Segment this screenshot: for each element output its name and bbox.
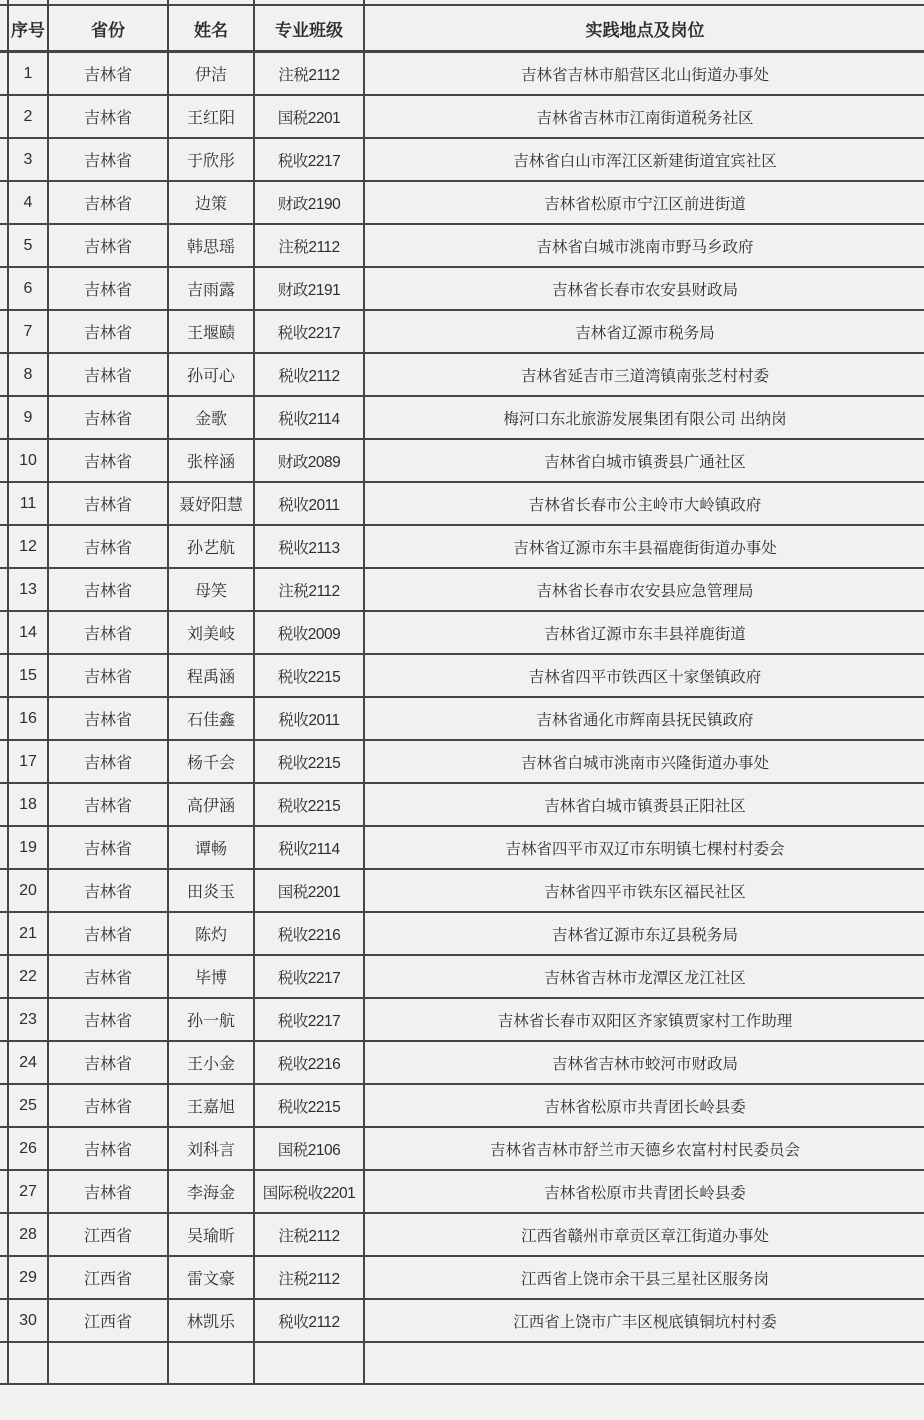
cell-index: 9 — [8, 396, 48, 439]
cell-index: 14 — [8, 611, 48, 654]
table-row: 3吉林省于欣彤税收2217吉林省白山市浑江区新建街道宜宾社区 — [0, 138, 924, 181]
cell-class: 税收2217 — [254, 955, 364, 998]
cell-name: 李海金 — [168, 1170, 254, 1213]
cell-class: 税收2217 — [254, 998, 364, 1041]
table-row: 13吉林省母笑注税2112吉林省长春市农安县应急管理局 — [0, 568, 924, 611]
cell-location: 吉林省白城市镇赉县广通社区 — [364, 439, 924, 482]
cell-index: 26 — [8, 1127, 48, 1170]
cell-province: 吉林省 — [48, 310, 168, 353]
cell-index: 3 — [8, 138, 48, 181]
cut-sliver-cell — [0, 654, 8, 697]
cell-province: 吉林省 — [48, 912, 168, 955]
cell-index: 12 — [8, 525, 48, 568]
cell-class: 税收2112 — [254, 1299, 364, 1342]
cell-location: 江西省赣州市章贡区章江街道办事处 — [364, 1213, 924, 1256]
table-row: 22吉林省毕博税收2217吉林省吉林市龙潭区龙江社区 — [0, 955, 924, 998]
cell-location: 吉林省吉林市船营区北山街道办事处 — [364, 52, 924, 96]
cut-sliver-cell — [0, 310, 8, 353]
table-row: 14吉林省刘美岐税收2009吉林省辽源市东丰县祥鹿街道 — [0, 611, 924, 654]
practice-roster-table: 序号 省份 姓名 专业班级 实践地点及岗位 1吉林省伊洁注税2112吉林省吉林市… — [0, 0, 924, 1385]
cut-sliver-cell — [0, 1213, 8, 1256]
empty-cell — [0, 1342, 8, 1384]
cut-sliver-cell — [0, 396, 8, 439]
table-row: 18吉林省高伊涵税收2215吉林省白城市镇赉县正阳社区 — [0, 783, 924, 826]
cell-class: 税收2217 — [254, 310, 364, 353]
cell-location: 吉林省长春市农安县应急管理局 — [364, 568, 924, 611]
cell-index: 11 — [8, 482, 48, 525]
header-cut-sliver — [0, 5, 8, 52]
cell-location: 吉林省辽源市东丰县福鹿街街道办事处 — [364, 525, 924, 568]
cell-class: 财政2190 — [254, 181, 364, 224]
cell-name: 谭畅 — [168, 826, 254, 869]
table-row: 24吉林省王小金税收2216吉林省吉林市蛟河市财政局 — [0, 1041, 924, 1084]
header-name: 姓名 — [168, 5, 254, 52]
cell-location: 江西省上饶市广丰区枧底镇铜坑村村委 — [364, 1299, 924, 1342]
cell-province: 吉林省 — [48, 869, 168, 912]
table-row: 15吉林省程禹涵税收2215吉林省四平市铁西区十家堡镇政府 — [0, 654, 924, 697]
cut-sliver-cell — [0, 740, 8, 783]
cell-location: 吉林省白城市洮南市兴隆街道办事处 — [364, 740, 924, 783]
cell-class: 税收2011 — [254, 697, 364, 740]
header-class: 专业班级 — [254, 5, 364, 52]
table-row: 23吉林省孙一航税收2217吉林省长春市双阳区齐家镇贾家村工作助理 — [0, 998, 924, 1041]
cell-location: 吉林省吉林市蛟河市财政局 — [364, 1041, 924, 1084]
cell-name: 韩思瑶 — [168, 224, 254, 267]
table-header-row: 序号 省份 姓名 专业班级 实践地点及岗位 — [0, 5, 924, 52]
cell-class: 注税2112 — [254, 52, 364, 96]
cut-sliver-cell — [0, 869, 8, 912]
cell-location: 梅河口东北旅游发展集团有限公司 出纳岗 — [364, 396, 924, 439]
cell-location: 吉林省松原市共青团长岭县委 — [364, 1084, 924, 1127]
cell-name: 金歌 — [168, 396, 254, 439]
cell-name: 王红阳 — [168, 95, 254, 138]
cut-sliver-cell — [0, 1256, 8, 1299]
header-province: 省份 — [48, 5, 168, 52]
cell-index: 7 — [8, 310, 48, 353]
cell-province: 吉林省 — [48, 1084, 168, 1127]
cell-province: 吉林省 — [48, 396, 168, 439]
cell-name: 毕博 — [168, 955, 254, 998]
cell-name: 刘科言 — [168, 1127, 254, 1170]
cell-index: 28 — [8, 1213, 48, 1256]
cell-location: 吉林省吉林市江南街道税务社区 — [364, 95, 924, 138]
cell-province: 吉林省 — [48, 267, 168, 310]
cut-sliver-cell — [0, 52, 8, 96]
cell-name: 高伊涵 — [168, 783, 254, 826]
cell-location: 吉林省长春市双阳区齐家镇贾家村工作助理 — [364, 998, 924, 1041]
cell-index: 13 — [8, 568, 48, 611]
cell-province: 吉林省 — [48, 955, 168, 998]
empty-cell — [48, 1342, 168, 1384]
cell-class: 税收2215 — [254, 783, 364, 826]
cell-index: 16 — [8, 697, 48, 740]
cell-name: 边策 — [168, 181, 254, 224]
cut-sliver-cell — [0, 955, 8, 998]
table-row: 1吉林省伊洁注税2112吉林省吉林市船营区北山街道办事处 — [0, 52, 924, 96]
cell-province: 吉林省 — [48, 181, 168, 224]
table-row: 11吉林省聂妤阳慧税收2011吉林省长春市公主岭市大岭镇政府 — [0, 482, 924, 525]
cell-location: 吉林省四平市铁东区福民社区 — [364, 869, 924, 912]
cell-index: 27 — [8, 1170, 48, 1213]
cell-location: 江西省上饶市余干县三星社区服务岗 — [364, 1256, 924, 1299]
cell-province: 吉林省 — [48, 654, 168, 697]
cut-sliver-cell — [0, 1084, 8, 1127]
cell-province: 江西省 — [48, 1256, 168, 1299]
cell-class: 税收2114 — [254, 826, 364, 869]
cell-index: 19 — [8, 826, 48, 869]
cut-sliver-cell — [0, 525, 8, 568]
table-row: 21吉林省陈灼税收2216吉林省辽源市东辽县税务局 — [0, 912, 924, 955]
cell-location: 吉林省吉林市龙潭区龙江社区 — [364, 955, 924, 998]
table-body: 1吉林省伊洁注税2112吉林省吉林市船营区北山街道办事处2吉林省王红阳国税220… — [0, 52, 924, 1385]
cell-name: 田炎玉 — [168, 869, 254, 912]
cell-province: 吉林省 — [48, 1127, 168, 1170]
cell-province: 吉林省 — [48, 783, 168, 826]
cell-name: 母笑 — [168, 568, 254, 611]
cell-class: 注税2112 — [254, 1256, 364, 1299]
cell-class: 税收2112 — [254, 353, 364, 396]
table-row: 6吉林省吉雨露财政2191吉林省长春市农安县财政局 — [0, 267, 924, 310]
cut-sliver-cell — [0, 783, 8, 826]
header-location: 实践地点及岗位 — [364, 5, 924, 52]
cell-province: 吉林省 — [48, 353, 168, 396]
cell-name: 杨千会 — [168, 740, 254, 783]
cell-province: 吉林省 — [48, 611, 168, 654]
cell-class: 注税2112 — [254, 1213, 364, 1256]
table-row: 25吉林省王嘉旭税收2215吉林省松原市共青团长岭县委 — [0, 1084, 924, 1127]
cell-class: 税收2215 — [254, 740, 364, 783]
cell-class: 注税2112 — [254, 224, 364, 267]
cut-sliver-cell — [0, 439, 8, 482]
cut-sliver-cell — [0, 224, 8, 267]
cell-location: 吉林省长春市农安县财政局 — [364, 267, 924, 310]
cell-location: 吉林省白城市镇赉县正阳社区 — [364, 783, 924, 826]
cell-index: 8 — [8, 353, 48, 396]
table-row: 26吉林省刘科言国税2106吉林省吉林市舒兰市天德乡农富村村民委员会 — [0, 1127, 924, 1170]
cell-name: 孙一航 — [168, 998, 254, 1041]
cell-index: 23 — [8, 998, 48, 1041]
cell-class: 税收2216 — [254, 912, 364, 955]
cut-sliver-cell — [0, 95, 8, 138]
cell-class: 财政2191 — [254, 267, 364, 310]
cell-province: 江西省 — [48, 1299, 168, 1342]
cell-province: 吉林省 — [48, 1041, 168, 1084]
cell-name: 石佳鑫 — [168, 697, 254, 740]
table-row: 28江西省吴瑜昕注税2112江西省赣州市章贡区章江街道办事处 — [0, 1213, 924, 1256]
cell-province: 吉林省 — [48, 224, 168, 267]
cell-index: 21 — [8, 912, 48, 955]
cell-class: 税收2215 — [254, 1084, 364, 1127]
cell-class: 税收2217 — [254, 138, 364, 181]
cell-class: 国税2201 — [254, 869, 364, 912]
cell-name: 张梓涵 — [168, 439, 254, 482]
cut-sliver-cell — [0, 1127, 8, 1170]
table-row: 19吉林省谭畅税收2114吉林省四平市双辽市东明镇七棵村村委会 — [0, 826, 924, 869]
cell-province: 吉林省 — [48, 568, 168, 611]
cell-class: 国税2201 — [254, 95, 364, 138]
table-row: 20吉林省田炎玉国税2201吉林省四平市铁东区福民社区 — [0, 869, 924, 912]
cell-name: 程禹涵 — [168, 654, 254, 697]
cut-sliver-cell — [0, 611, 8, 654]
cell-index: 4 — [8, 181, 48, 224]
cell-index: 29 — [8, 1256, 48, 1299]
cell-index: 1 — [8, 52, 48, 96]
cell-location: 吉林省通化市辉南县抚民镇政府 — [364, 697, 924, 740]
table-row: 9吉林省金歌税收2114梅河口东北旅游发展集团有限公司 出纳岗 — [0, 396, 924, 439]
cell-class: 税收2009 — [254, 611, 364, 654]
cell-index: 17 — [8, 740, 48, 783]
cell-index: 22 — [8, 955, 48, 998]
cell-location: 吉林省长春市公主岭市大岭镇政府 — [364, 482, 924, 525]
cell-location: 吉林省四平市铁西区十家堡镇政府 — [364, 654, 924, 697]
cell-name: 伊洁 — [168, 52, 254, 96]
cell-province: 吉林省 — [48, 138, 168, 181]
cell-name: 王堰赜 — [168, 310, 254, 353]
cell-class: 财政2089 — [254, 439, 364, 482]
cell-province: 吉林省 — [48, 1170, 168, 1213]
cut-sliver-cell — [0, 1041, 8, 1084]
cut-sliver-cell — [0, 998, 8, 1041]
cell-province: 江西省 — [48, 1213, 168, 1256]
cut-sliver-cell — [0, 912, 8, 955]
cell-location: 吉林省吉林市舒兰市天德乡农富村村民委员会 — [364, 1127, 924, 1170]
cell-province: 吉林省 — [48, 998, 168, 1041]
cell-name: 林凯乐 — [168, 1299, 254, 1342]
cell-location: 吉林省辽源市东丰县祥鹿街道 — [364, 611, 924, 654]
cell-class: 税收2113 — [254, 525, 364, 568]
cell-location: 吉林省松原市共青团长岭县委 — [364, 1170, 924, 1213]
cell-name: 刘美岐 — [168, 611, 254, 654]
cell-province: 吉林省 — [48, 525, 168, 568]
cell-index: 10 — [8, 439, 48, 482]
cell-name: 陈灼 — [168, 912, 254, 955]
cell-class: 税收2114 — [254, 396, 364, 439]
partial-row-bottom — [0, 1342, 924, 1384]
cut-sliver-cell — [0, 353, 8, 396]
cut-sliver-cell — [0, 697, 8, 740]
table-row: 4吉林省边策财政2190吉林省松原市宁江区前进街道 — [0, 181, 924, 224]
cut-sliver-cell — [0, 181, 8, 224]
cut-sliver-cell — [0, 826, 8, 869]
header-index: 序号 — [8, 5, 48, 52]
cut-sliver-cell — [0, 1170, 8, 1213]
cell-index: 20 — [8, 869, 48, 912]
cut-sliver-cell — [0, 138, 8, 181]
document-page: 序号 省份 姓名 专业班级 实践地点及岗位 1吉林省伊洁注税2112吉林省吉林市… — [0, 0, 924, 1420]
cell-name: 孙艺航 — [168, 525, 254, 568]
cell-province: 吉林省 — [48, 826, 168, 869]
cell-province: 吉林省 — [48, 52, 168, 96]
cell-location: 吉林省四平市双辽市东明镇七棵村村委会 — [364, 826, 924, 869]
cell-name: 孙可心 — [168, 353, 254, 396]
cell-index: 25 — [8, 1084, 48, 1127]
empty-cell — [168, 1342, 254, 1384]
cell-name: 聂妤阳慧 — [168, 482, 254, 525]
table-row: 10吉林省张梓涵财政2089吉林省白城市镇赉县广通社区 — [0, 439, 924, 482]
cell-location: 吉林省辽源市东辽县税务局 — [364, 912, 924, 955]
cell-index: 6 — [8, 267, 48, 310]
table-row: 30江西省林凯乐税收2112江西省上饶市广丰区枧底镇铜坑村村委 — [0, 1299, 924, 1342]
cell-index: 2 — [8, 95, 48, 138]
cell-class: 税收2011 — [254, 482, 364, 525]
table-row: 7吉林省王堰赜税收2217吉林省辽源市税务局 — [0, 310, 924, 353]
cell-index: 24 — [8, 1041, 48, 1084]
table-row: 17吉林省杨千会税收2215吉林省白城市洮南市兴隆街道办事处 — [0, 740, 924, 783]
cut-sliver-cell — [0, 1299, 8, 1342]
cell-location: 吉林省白山市浑江区新建街道宜宾社区 — [364, 138, 924, 181]
cell-name: 王嘉旭 — [168, 1084, 254, 1127]
cell-location: 吉林省辽源市税务局 — [364, 310, 924, 353]
cell-name: 王小金 — [168, 1041, 254, 1084]
cell-name: 雷文豪 — [168, 1256, 254, 1299]
cell-class: 国际税收2201 — [254, 1170, 364, 1213]
cell-province: 吉林省 — [48, 482, 168, 525]
table-row: 16吉林省石佳鑫税收2011吉林省通化市辉南县抚民镇政府 — [0, 697, 924, 740]
cell-index: 18 — [8, 783, 48, 826]
cell-class: 国税2106 — [254, 1127, 364, 1170]
cell-name: 于欣彤 — [168, 138, 254, 181]
table-row: 27吉林省李海金国际税收2201吉林省松原市共青团长岭县委 — [0, 1170, 924, 1213]
cell-index: 15 — [8, 654, 48, 697]
cut-sliver-cell — [0, 482, 8, 525]
cell-location: 吉林省白城市洮南市野马乡政府 — [364, 224, 924, 267]
cell-name: 吴瑜昕 — [168, 1213, 254, 1256]
cell-province: 吉林省 — [48, 697, 168, 740]
table-row: 29江西省雷文豪注税2112江西省上饶市余干县三星社区服务岗 — [0, 1256, 924, 1299]
cell-province: 吉林省 — [48, 95, 168, 138]
cell-province: 吉林省 — [48, 439, 168, 482]
table-row: 8吉林省孙可心税收2112吉林省延吉市三道湾镇南张芝村村委 — [0, 353, 924, 396]
table-row: 12吉林省孙艺航税收2113吉林省辽源市东丰县福鹿街街道办事处 — [0, 525, 924, 568]
cut-sliver-cell — [0, 267, 8, 310]
cell-location: 吉林省松原市宁江区前进街道 — [364, 181, 924, 224]
cell-name: 吉雨露 — [168, 267, 254, 310]
cell-class: 税收2216 — [254, 1041, 364, 1084]
cut-sliver-cell — [0, 568, 8, 611]
cell-index: 5 — [8, 224, 48, 267]
cell-index: 30 — [8, 1299, 48, 1342]
cell-class: 税收2215 — [254, 654, 364, 697]
cell-province: 吉林省 — [48, 740, 168, 783]
table-row: 5吉林省韩思瑶注税2112吉林省白城市洮南市野马乡政府 — [0, 224, 924, 267]
cell-class: 注税2112 — [254, 568, 364, 611]
empty-cell — [254, 1342, 364, 1384]
empty-cell — [8, 1342, 48, 1384]
cell-location: 吉林省延吉市三道湾镇南张芝村村委 — [364, 353, 924, 396]
empty-cell — [364, 1342, 924, 1384]
table-row: 2吉林省王红阳国税2201吉林省吉林市江南街道税务社区 — [0, 95, 924, 138]
